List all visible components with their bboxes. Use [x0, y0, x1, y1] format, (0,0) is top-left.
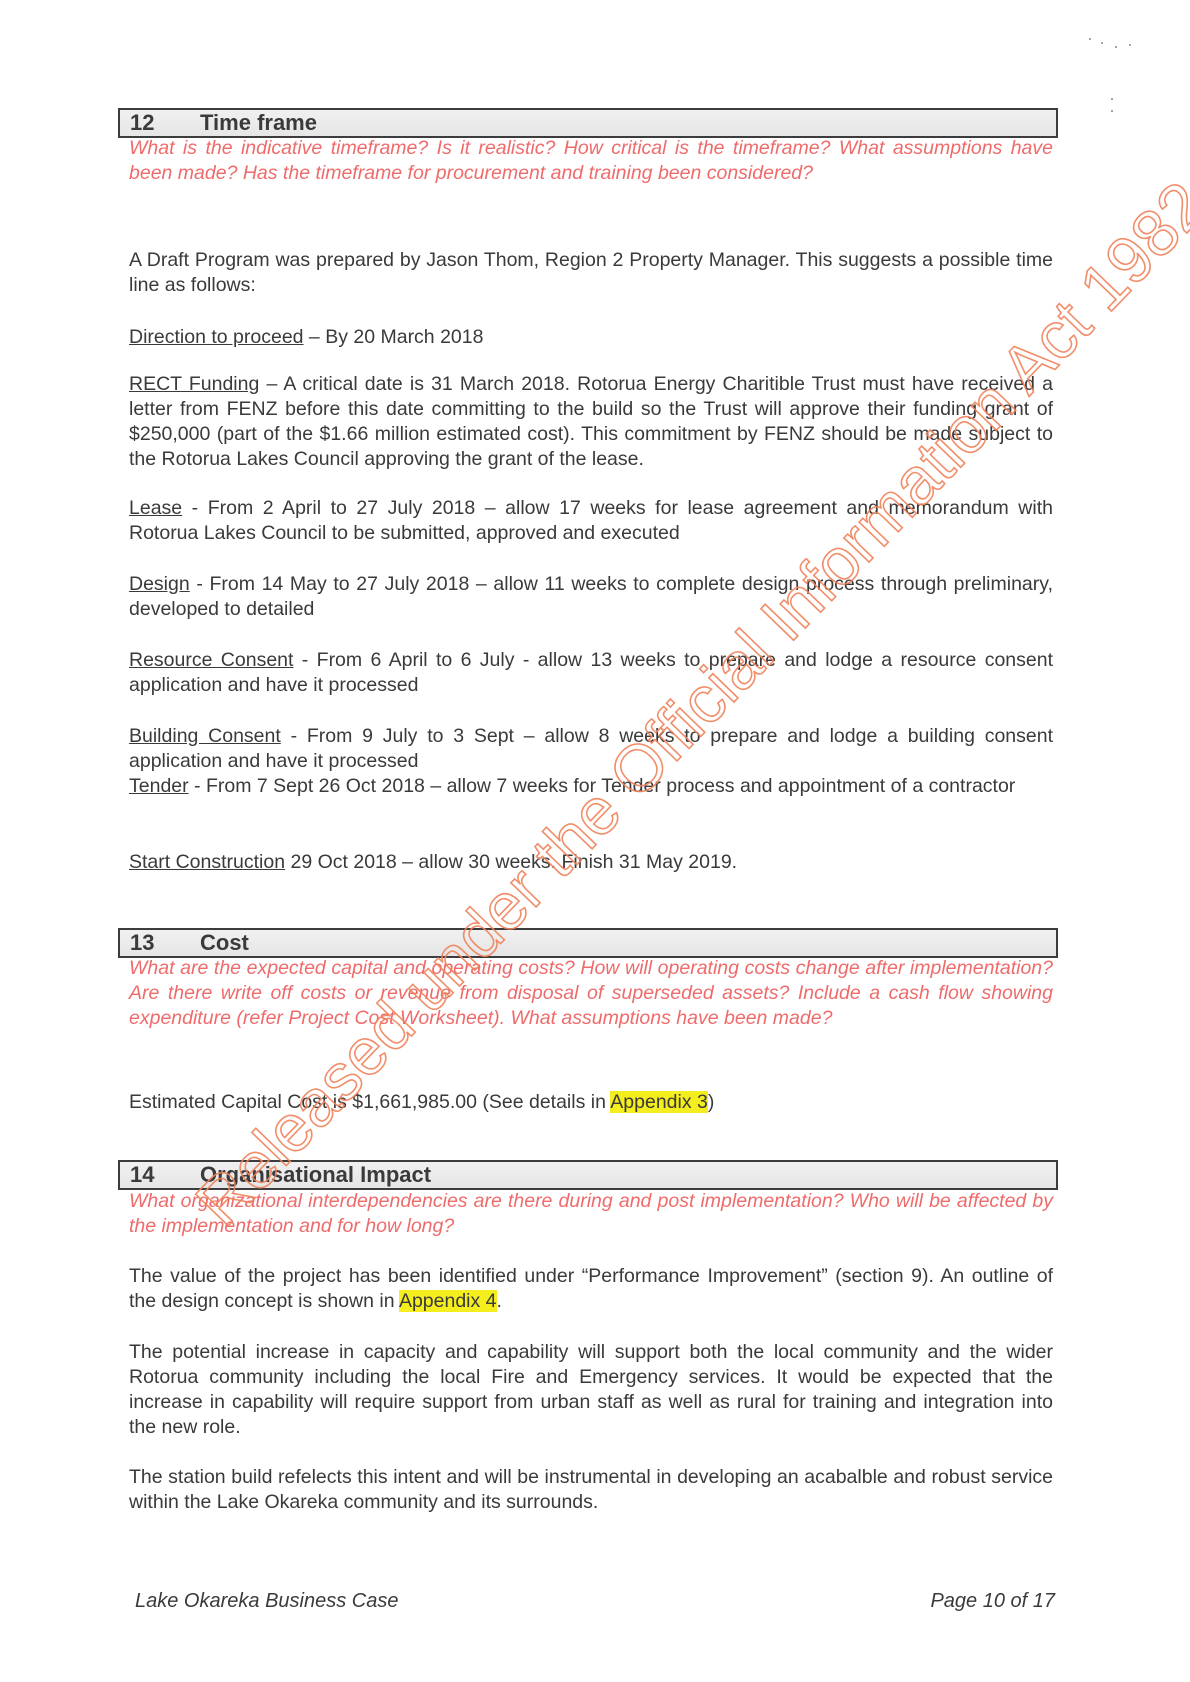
timeframe-intro: A Draft Program was prepared by Jason Th… — [129, 248, 1053, 298]
document-page: 12 Time frame What is the indicative tim… — [0, 0, 1190, 1682]
timeline-item-label: Direction to proceed — [129, 326, 304, 348]
section-title: Organisational Impact — [200, 1162, 431, 1188]
timeline-item-label: Lease — [129, 497, 182, 519]
footer-document-title: Lake Okareka Business Case — [135, 1590, 398, 1613]
section-13-heading: 13 Cost — [118, 928, 1058, 958]
timeline-item-design: Design - From 14 May to 27 July 2018 – a… — [129, 572, 1053, 622]
section-number: 13 — [130, 930, 200, 956]
timeline-item-label: RECT Funding — [129, 373, 259, 395]
timeline-item-tender: Tender - From 7 Sept 26 Oct 2018 – allow… — [129, 774, 1053, 799]
section-title: Cost — [200, 930, 249, 956]
section-14-heading: 14 Organisational Impact — [118, 1160, 1058, 1190]
section-title: Time frame — [200, 110, 317, 136]
capital-cost-statement: Estimated Capital Cost is $1,661,985.00 … — [129, 1090, 1053, 1115]
section-12-heading: 12 Time frame — [118, 108, 1058, 138]
appendix-3-link[interactable]: Appendix 3 — [610, 1091, 708, 1113]
section-number: 12 — [130, 110, 200, 136]
footer-page-number: Page 10 of 17 — [930, 1590, 1055, 1613]
section-number: 14 — [130, 1162, 200, 1188]
timeline-item-direction: Direction to proceed – By 20 March 2018 — [129, 325, 1053, 350]
org-impact-capacity-paragraph: The potential increase in capacity and c… — [129, 1340, 1053, 1440]
timeline-item-label: Design — [129, 573, 190, 595]
section-13-guidance: What are the expected capital and operat… — [129, 956, 1053, 1031]
timeline-item-lease: Lease - From 2 April to 27 July 2018 – a… — [129, 496, 1053, 546]
timeline-item-label: Tender — [129, 775, 189, 797]
timeline-item-label: Start Construction — [129, 851, 285, 873]
section-12-guidance: What is the indicative timeframe? Is it … — [129, 136, 1053, 186]
timeline-item-building-consent: Building Consent - From 9 July to 3 Sept… — [129, 724, 1053, 774]
appendix-4-link[interactable]: Appendix 4 — [399, 1290, 497, 1312]
timeline-item-rect-funding: RECT Funding – A critical date is 31 Mar… — [129, 372, 1053, 472]
org-impact-station-paragraph: The station build refelects this intent … — [129, 1465, 1053, 1515]
timeline-item-resource-consent: Resource Consent - From 6 April to 6 Jul… — [129, 648, 1053, 698]
timeline-item-label: Resource Consent — [129, 649, 293, 671]
org-impact-value-paragraph: The value of the project has been identi… — [129, 1264, 1053, 1314]
section-14-guidance: What organizational interdependencies ar… — [129, 1189, 1053, 1239]
timeline-item-label: Building Consent — [129, 725, 281, 747]
timeline-item-start-construction: Start Construction 29 Oct 2018 – allow 3… — [129, 850, 1053, 875]
scan-artifact — [1085, 30, 1165, 110]
